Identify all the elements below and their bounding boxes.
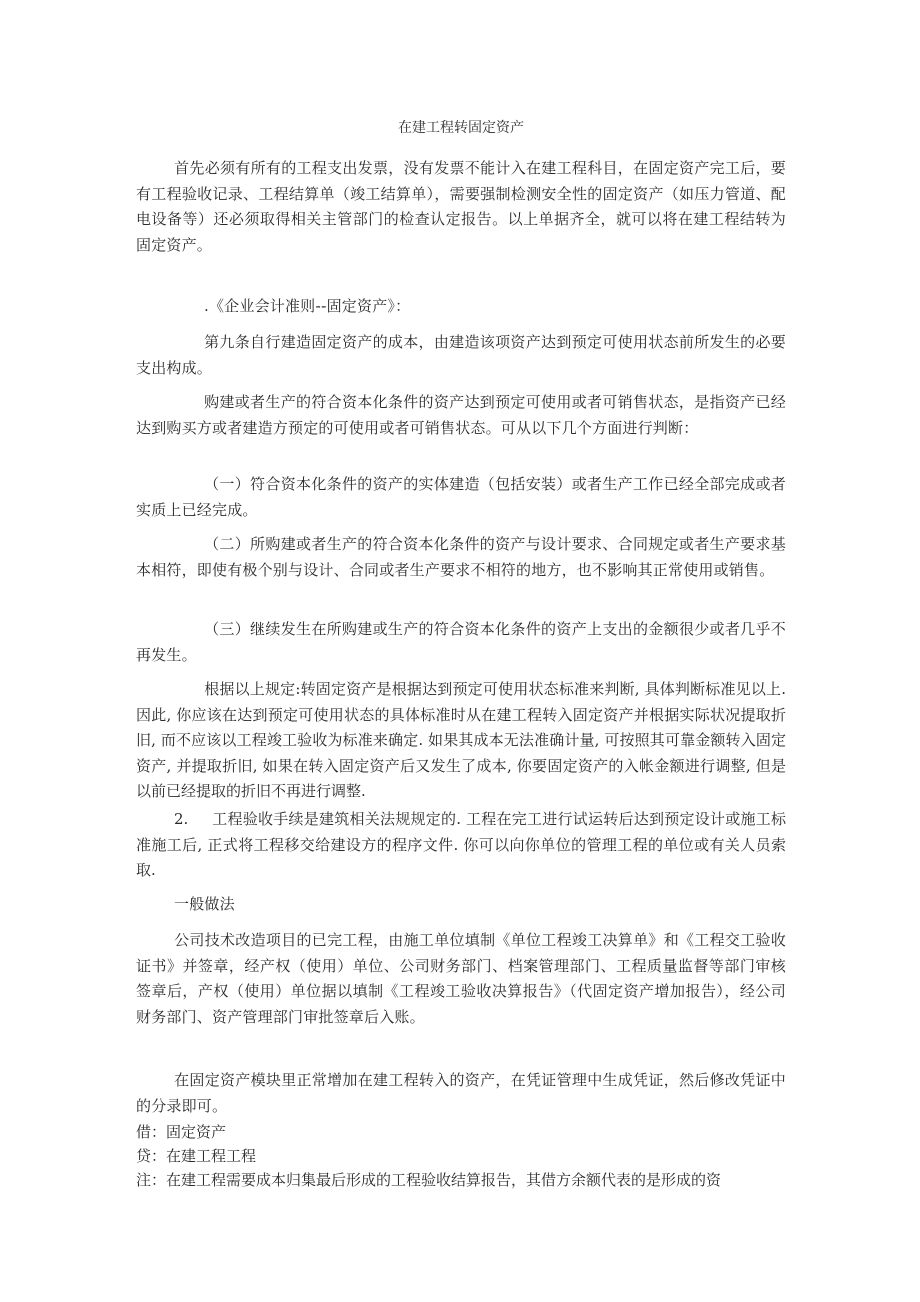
paragraph-text: .《企业会计准则--固定资产》： bbox=[204, 297, 410, 315]
note-line: 注：在建工程需要成本归集最后形成的工程验收结算报告，其借方余额代表的是形成的资 bbox=[136, 1168, 721, 1192]
paragraph-item-1: （一）符合资本化条件的资产的实体建造（包括安装）或者生产工作已经全部完成或者实质… bbox=[136, 472, 786, 523]
paragraph-text: 公司技术改造项目的已完工程，由施工单位填制《单位工程竣工决算单》和《工程交工验收… bbox=[136, 931, 786, 1026]
paragraph-general-practice: 一般做法 bbox=[136, 892, 786, 918]
paragraph-standard-ref: .《企业会计准则--固定资产》： bbox=[136, 294, 786, 320]
paragraph-text: 第九条自行建造固定资产的成本，由建造该项资产达到预定可使用状态前所发生的必要支出… bbox=[136, 333, 786, 377]
paragraph-text: 一般做法 bbox=[174, 895, 235, 913]
paragraph-module: 在固定资产模块里正常增加在建工程转入的资产，在凭证管理中生成凭证，然后修改凭证中… bbox=[136, 1068, 786, 1119]
paragraph-invoices: 首先必须有所有的工程支出发票，没有发票不能计入在建工程科目，在固定资产完工后，要… bbox=[136, 156, 786, 258]
paragraph-text: 在固定资产模块里正常增加在建工程转入的资产，在凭证管理中生成凭证，然后修改凭证中… bbox=[136, 1071, 786, 1115]
paragraph-text: （三）继续发生在所购建或生产的符合资本化条件的资产上支出的金额很少或者几乎不再发… bbox=[136, 620, 786, 664]
paragraph-item-3: （三）继续发生在所购建或生产的符合资本化条件的资产上支出的金额很少或者几乎不再发… bbox=[136, 617, 786, 668]
paragraph-item-2: （二）所购建或者生产的符合资本化条件的资产与设计要求、合同规定或者生产要求基本相… bbox=[136, 532, 786, 583]
paragraph-text: 首先必须有所有的工程支出发票，没有发票不能计入在建工程科目，在固定资产完工后，要… bbox=[136, 159, 786, 254]
credit-line: 贷：在建工程工程 bbox=[136, 1144, 256, 1168]
paragraph-text: 工程验收手续是建筑相关法规规定的. 工程在完工进行试运转后达到预定设计或施工标准… bbox=[136, 810, 786, 879]
paragraph-company-process: 公司技术改造项目的已完工程，由施工单位填制《单位工程竣工决算单》和《工程交工验收… bbox=[136, 928, 786, 1030]
debit-line: 借：固定资产 bbox=[136, 1120, 226, 1144]
paragraph-article-9: 第九条自行建造固定资产的成本，由建造该项资产达到预定可使用状态前所发生的必要支出… bbox=[136, 330, 786, 381]
list-number: 2. bbox=[174, 807, 212, 833]
paragraph-text: （一）符合资本化条件的资产的实体建造（包括安装）或者生产工作已经全部完成或者实质… bbox=[136, 475, 786, 519]
paragraph-ready-state: 购建或者生产的符合资本化条件的资产达到预定可使用或者可销售状态，是指资产已经达到… bbox=[136, 390, 786, 441]
paragraph-text: 根据以上规定:转固定资产是根据达到预定可使用状态标准来判断, 具体判断标准见以上… bbox=[136, 680, 786, 800]
paragraph-text: 购建或者生产的符合资本化条件的资产达到预定可使用或者可销售状态，是指资产已经达到… bbox=[136, 393, 786, 437]
paragraph-conclusion: 根据以上规定:转固定资产是根据达到预定可使用状态标准来判断, 具体判断标准见以上… bbox=[136, 677, 786, 805]
document-title: 在建工程转固定资产 bbox=[136, 118, 786, 138]
paragraph-acceptance: 2.工程验收手续是建筑相关法规规定的. 工程在完工进行试运转后达到预定设计或施工… bbox=[136, 807, 786, 884]
paragraph-text: （二）所购建或者生产的符合资本化条件的资产与设计要求、合同规定或者生产要求基本相… bbox=[136, 535, 786, 579]
